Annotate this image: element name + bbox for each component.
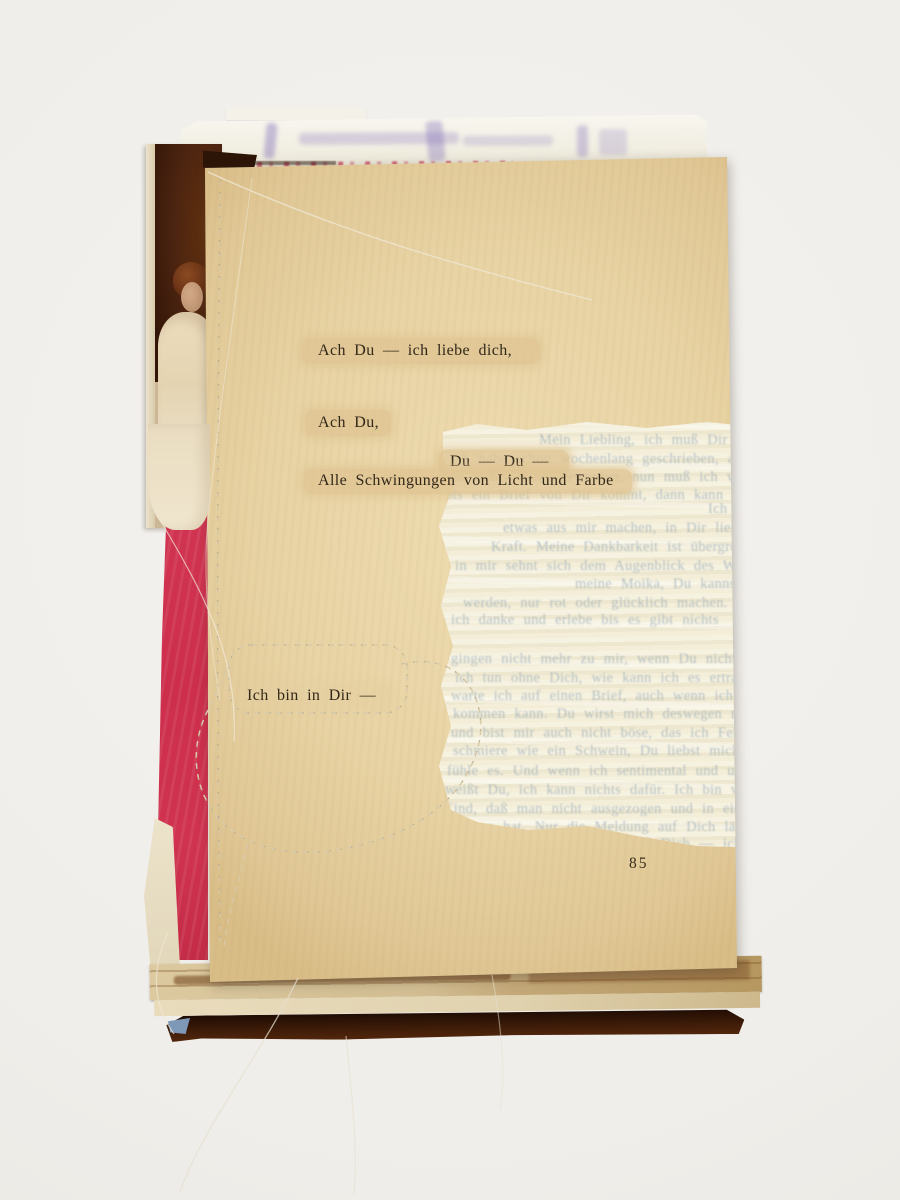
ghost-text-line: fühle es. Und wenn ich sentimental und u… [447, 764, 847, 779]
ghost-text-line: werden, nur rot oder glücklich machen. A… [463, 596, 772, 611]
ghost-text-line: gingen nicht mehr zu mir, wenn Du nicht.… [451, 652, 805, 667]
poem-line-1: Ach Du — ich liebe dich, [302, 338, 540, 364]
ghost-text-line: Kind, daß man nicht ausgezogen und in ei… [443, 802, 844, 817]
page-number: 85 [629, 855, 649, 873]
ghost-text-line: etwas aus mir machen, in Dir liegt meine [503, 521, 788, 536]
ghost-text-line: in mir sehnt sich dem Augenblick des Wie… [455, 559, 807, 574]
ghost-text-line: immer, und wenn ich küß Dich — ich gehör… [477, 837, 845, 852]
ghost-text-line: warte ich auf einen Brief, auch wenn ich… [451, 689, 853, 704]
ghost-text-line: Dein Alf.“ [778, 840, 846, 855]
paper-specks [203, 156, 205, 158]
ghost-text-line: Mein Liebling, ich muß Dir wieder [539, 433, 778, 448]
book-page: Mein Liebling, ich muß Dir wieder ich ha… [203, 156, 737, 984]
woman-skirt [148, 424, 210, 530]
artwork-photo: Mein Liebling, ich muß Dir wieder ich ha… [0, 0, 900, 1200]
ghost-text-line: weißt Du, ich kann nichts dafür. Ich bin… [445, 783, 832, 798]
ghost-text-line: ich tun ohne Dich, wie kann ich es ertra… [455, 671, 841, 686]
book-page-wrap: Mein Liebling, ich muß Dir wieder ich ha… [0, 0, 900, 1200]
ghost-text-line: und bist mir auch nicht böse, das ich Fe… [451, 726, 837, 741]
ghost-text-line: schmiere wie ein Schwein, Du liebst mich… [453, 744, 778, 759]
ghost-text-line: Ich will mit Dir sein [708, 502, 852, 517]
ghost-text-line: kommen kann. Du wirst mich deswegen nich… [453, 707, 829, 722]
poem-line-5: Ich bin in Dir — [241, 684, 390, 709]
ghost-text-line: gelegen hat. Nur die Meldung auf Dich lä… [447, 820, 825, 835]
ghost-text-line: Kraft. Meine Dankbarkeit ist übergroß un… [491, 540, 817, 555]
ghost-text-line: ich danke und erlebe bis es gibt nichts [451, 613, 719, 628]
poem-line-4: Alle Schwingungen von Licht und Farbe [304, 469, 632, 494]
poem-line-2: Ach Du, [305, 410, 391, 436]
ghost-text-line: meine Moika, Du kannst mich ja [575, 577, 799, 592]
